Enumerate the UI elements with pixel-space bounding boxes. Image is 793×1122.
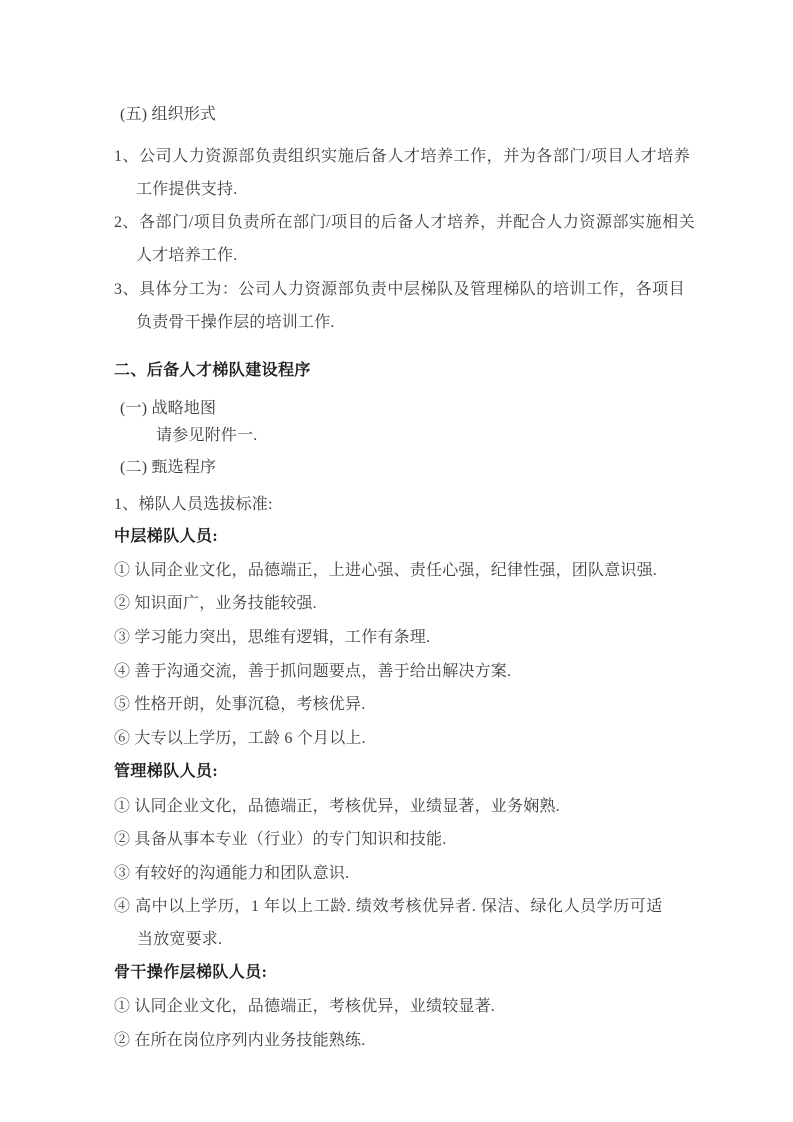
heading-selection-procedure: (二) 甄选程序 bbox=[120, 459, 216, 477]
heading-section-two: 二、后备人才梯队建设程序 bbox=[114, 362, 311, 380]
org-item-3-line-1: 3、具体分工为：公司人力资源部负责中层梯队及管理梯队的培训工作，各项目 bbox=[114, 281, 685, 299]
middle-echelon-item-6: ⑥ 大专以上学历，工龄 6 个月以上. bbox=[114, 730, 366, 748]
org-item-1-line-2: 工作提供支持. bbox=[136, 181, 237, 199]
heading-middle-echelon: 中层梯队人员: bbox=[114, 528, 218, 546]
management-echelon-item-3: ③ 有较好的沟通能力和团队意识. bbox=[114, 865, 349, 883]
heading-management-echelon: 管理梯队人员: bbox=[114, 763, 218, 781]
document-page: (五) 组织形式 1、公司人力资源部负责组织实施后备人才培养工作，并为各部门/项… bbox=[0, 0, 793, 1122]
selection-criteria-intro: 1、梯队人员选拔标准: bbox=[114, 496, 273, 514]
management-echelon-item-1: ① 认同企业文化，品德端正，考核优异，业绩显著，业务娴熟. bbox=[114, 798, 560, 816]
middle-echelon-item-2: ② 知识面广，业务技能较强. bbox=[114, 595, 317, 613]
org-item-1-line-1: 1、公司人力资源部负责组织实施后备人才培养工作，并为各部门/项目人才培养 bbox=[114, 148, 690, 166]
backbone-echelon-item-2: ② 在所在岗位序列内业务技能熟练. bbox=[114, 1032, 365, 1050]
strategy-map-note: 请参见附件一. bbox=[156, 427, 257, 445]
org-item-3-line-2: 负责骨干操作层的培训工作. bbox=[136, 314, 335, 332]
org-item-2-line-1: 2、各部门/项目负责所在部门/项目的后备人才培养，并配合人力资源部实施相关 bbox=[114, 214, 695, 232]
org-item-2-line-2: 人才培养工作. bbox=[136, 247, 237, 265]
middle-echelon-item-3: ③ 学习能力突出，思维有逻辑，工作有条理. bbox=[114, 629, 430, 647]
middle-echelon-item-1: ① 认同企业文化，品德端正，上进心强、责任心强，纪律性强，团队意识强. bbox=[114, 562, 657, 580]
heading-org-form: (五) 组织形式 bbox=[120, 106, 216, 124]
heading-backbone-echelon: 骨干操作层梯队人员: bbox=[114, 964, 267, 982]
middle-echelon-item-5: ⑤ 性格开朗，处事沉稳，考核优异. bbox=[114, 696, 365, 714]
middle-echelon-item-4: ④ 善于沟通交流，善于抓问题要点，善于给出解决方案. bbox=[114, 663, 511, 681]
management-echelon-item-2: ② 具备从事本专业（行业）的专门知识和技能. bbox=[114, 831, 446, 849]
management-echelon-item-4-line-1: ④ 高中以上学历，1 年以上工龄. 绩效考核优异者. 保洁、绿化人员学历可适 bbox=[114, 898, 663, 916]
management-echelon-item-4-line-2: 当放宽要求. bbox=[137, 931, 222, 949]
backbone-echelon-item-1: ① 认同企业文化，品德端正，考核优异，业绩较显著. bbox=[114, 998, 495, 1016]
heading-strategy-map: (一) 战略地图 bbox=[120, 400, 216, 418]
